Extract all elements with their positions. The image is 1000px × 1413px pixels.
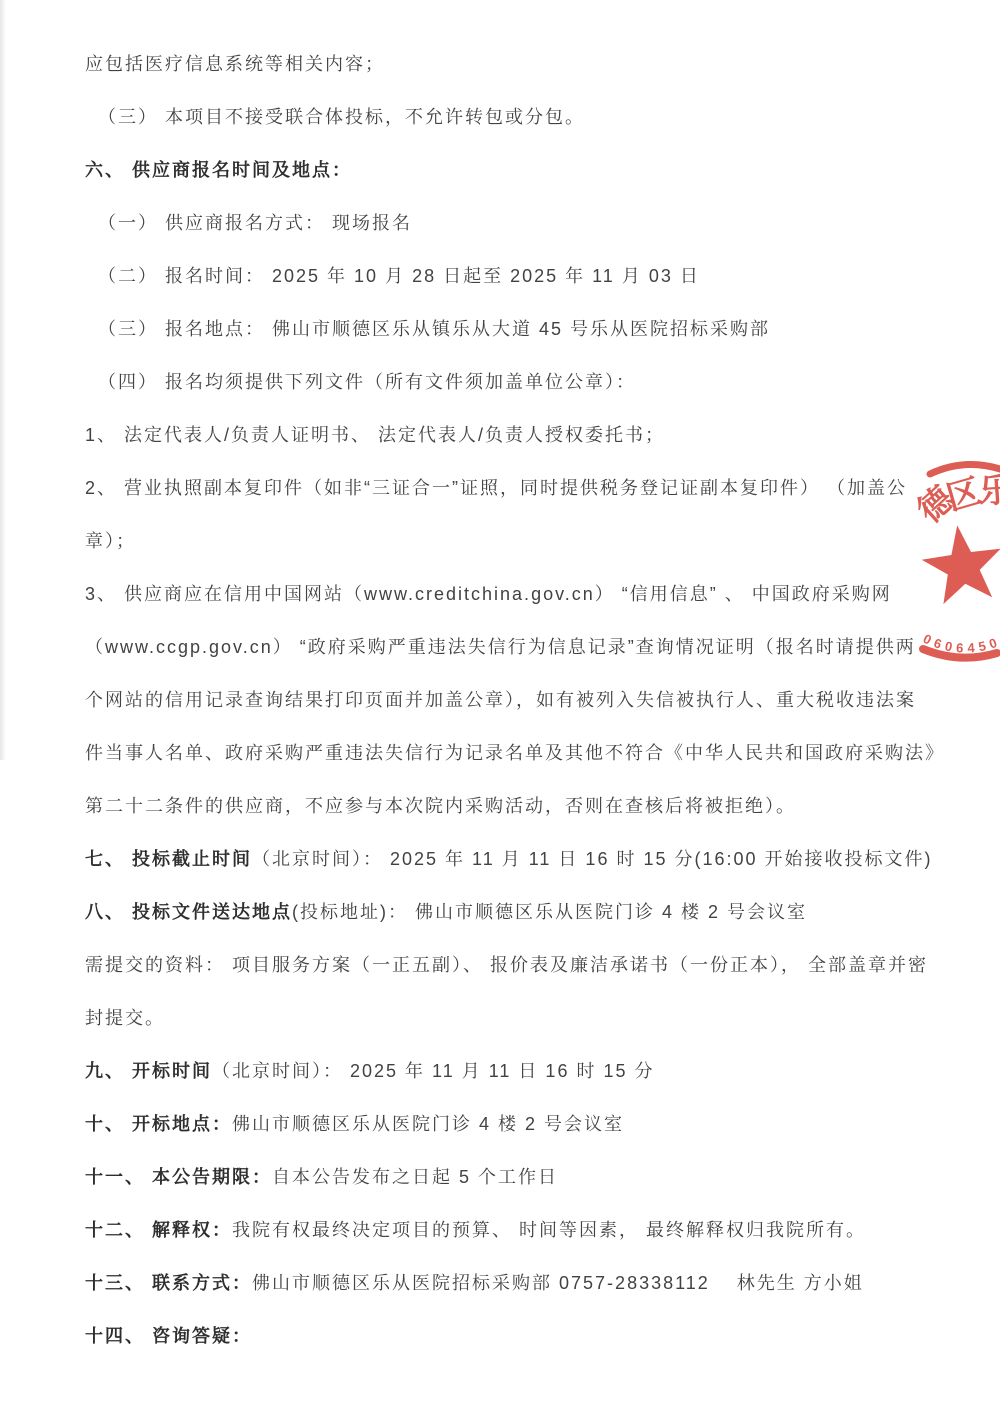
line-text: 应包括医疗信息系统等相关内容； xyxy=(85,50,385,76)
line-text: 3、 供应商应在信用中国网站（www.creditchina.gov.cn） “… xyxy=(85,580,892,606)
text-line: 件当事人名单、政府采购严重违法失信行为记录名单及其他不符合《中华人民共和国政府采… xyxy=(85,725,945,778)
line-bold-lead: 十一、 本公告期限： xyxy=(85,1163,272,1189)
line-text: 件当事人名单、政府采购严重违法失信行为记录名单及其他不符合《中华人民共和国政府采… xyxy=(85,739,945,765)
text-line: 封提交。 xyxy=(85,990,945,1043)
text-line: （三） 本项目不接受联合体投标，不允许转包或分包。 xyxy=(85,89,945,142)
text-line: 章）； xyxy=(85,513,945,566)
line-text: 佛山市顺德区乐从医院招标采购部 0757-28338112 林先生 方小姐 xyxy=(252,1269,864,1295)
text-line: 应包括医疗信息系统等相关内容； xyxy=(85,36,945,89)
line-text: （www.ccgp.gov.cn） “政府采购严重违法失信行为信息记录”查询情况… xyxy=(85,633,916,659)
line-text: （北京时间）： 2025 年 11 月 11 日 16 时 15 分 xyxy=(212,1057,654,1083)
seal-serial-digit: 5 xyxy=(977,638,987,654)
line-text: （北京时间）： 2025 年 11 月 11 日 16 时 15 分(16:00… xyxy=(252,845,933,871)
text-line: 九、 开标时间（北京时间）： 2025 年 11 月 11 日 16 时 15 … xyxy=(85,1043,945,1096)
line-text: (投标地址)： 佛山市顺德区乐从医院门诊 4 楼 2 号会议室 xyxy=(292,898,807,924)
text-line: 十、 开标地点：佛山市顺德区乐从医院门诊 4 楼 2 号会议室 xyxy=(85,1096,945,1149)
line-text: （一） 供应商报名方式： 现场报名 xyxy=(98,209,412,235)
line-bold-lead: 十二、 解释权： xyxy=(85,1216,232,1242)
line-text: 1、 法定代表人/负责人证明书、 法定代表人/负责人授权委托书； xyxy=(85,421,665,447)
seal-serial-digit: 6 xyxy=(956,640,964,655)
text-line: 3、 供应商应在信用中国网站（www.creditchina.gov.cn） “… xyxy=(85,566,945,619)
text-line: 个网站的信用记录查询结果打印页面并加盖公章），如有被列入失信被执行人、重大税收违… xyxy=(85,672,945,725)
announcement-text-block: 应包括医疗信息系统等相关内容； （三） 本项目不接受联合体投标，不允许转包或分包… xyxy=(85,36,945,1361)
text-line: 2、 营业执照副本复印件（如非“三证合一”证照，同时提供税务登记证副本复印件） … xyxy=(85,460,945,513)
scanner-edge-artifact xyxy=(0,0,6,760)
line-text: （三） 报名地点： 佛山市顺德区乐从镇乐从大道 45 号乐从医院招标采购部 xyxy=(98,315,770,341)
text-line: 1、 法定代表人/负责人证明书、 法定代表人/负责人授权委托书； xyxy=(85,407,945,460)
line-bold-lead: 八、 投标文件送达地点 xyxy=(85,898,292,924)
line-bold-lead: 十三、 联系方式： xyxy=(85,1269,252,1295)
line-text: 封提交。 xyxy=(85,1004,165,1030)
line-bold-lead: 七、 投标截止时间 xyxy=(85,845,252,871)
line-text: 2、 营业执照副本复印件（如非“三证合一”证照，同时提供税务登记证副本复印件） … xyxy=(85,474,907,500)
text-line: （二） 报名时间： 2025 年 10 月 28 日起至 2025 年 11 月… xyxy=(85,248,945,301)
text-line: 第二十二条件的供应商，不应参与本次院内采购活动，否则在查核后将被拒绝）。 xyxy=(85,778,945,831)
text-line: （www.ccgp.gov.cn） “政府采购严重违法失信行为信息记录”查询情况… xyxy=(85,619,945,672)
line-text: 自本公告发布之日起 5 个工作日 xyxy=(272,1163,558,1189)
seal-char: 乐 xyxy=(978,471,1000,511)
text-line: 十三、 联系方式：佛山市顺德区乐从医院招标采购部 0757-28338112 林… xyxy=(85,1255,945,1308)
line-text: （二） 报名时间： 2025 年 10 月 28 日起至 2025 年 11 月… xyxy=(98,262,700,288)
text-line: 十二、 解释权：我院有权最终决定项目的预算、 时间等因素， 最终解释权归我院所有… xyxy=(85,1202,945,1255)
text-line: （四） 报名均须提供下列文件（所有文件须加盖单位公章）： xyxy=(85,354,945,407)
text-line: 十一、 本公告期限：自本公告发布之日起 5 个工作日 xyxy=(85,1149,945,1202)
seal-serial-digit: 0 xyxy=(944,638,954,654)
text-line: 十四、 咨询答疑： xyxy=(85,1308,945,1361)
text-line: （一） 供应商报名方式： 现场报名 xyxy=(85,195,945,248)
text-line: 八、 投标文件送达地点(投标地址)： 佛山市顺德区乐从医院门诊 4 楼 2 号会… xyxy=(85,884,945,937)
line-text: （四） 报名均须提供下列文件（所有文件须加盖单位公章）： xyxy=(98,368,636,394)
line-text: 个网站的信用记录查询结果打印页面并加盖公章），如有被列入失信被执行人、重大税收违… xyxy=(85,686,916,712)
text-line: 需提交的资料： 项目服务方案（一正五副）、 报价表及廉洁承诺书（一份正本）， 全… xyxy=(85,937,945,990)
line-text: 需提交的资料： 项目服务方案（一正五副）、 报价表及廉洁承诺书（一份正本）， 全… xyxy=(85,951,928,977)
line-text: 第二十二条件的供应商，不应参与本次院内采购活动，否则在查核后将被拒绝）。 xyxy=(85,792,796,818)
text-line: （三） 报名地点： 佛山市顺德区乐从镇乐从大道 45 号乐从医院招标采购部 xyxy=(85,301,945,354)
line-bold-lead: 六、 供应商报名时间及地点： xyxy=(85,156,352,182)
seal-char: 区 xyxy=(942,472,985,518)
line-bold-lead: 九、 开标时间 xyxy=(85,1057,212,1083)
line-text: 章）； xyxy=(85,527,136,553)
text-line: 六、 供应商报名时间及地点： xyxy=(85,142,945,195)
line-text: （三） 本项目不接受联合体投标，不允许转包或分包。 xyxy=(98,103,585,129)
seal-serial-digit: 4 xyxy=(967,640,976,656)
seal-serial-digit: 0 xyxy=(987,635,999,652)
line-text: 佛山市顺德区乐从医院门诊 4 楼 2 号会议室 xyxy=(232,1110,624,1136)
line-bold-lead: 十四、 咨询答疑： xyxy=(85,1322,252,1348)
line-bold-lead: 十、 开标地点： xyxy=(85,1110,232,1136)
line-text: 我院有权最终决定项目的预算、 时间等因素， 最终解释权归我院所有。 xyxy=(232,1216,866,1242)
text-line: 七、 投标截止时间（北京时间）： 2025 年 11 月 11 日 16 时 1… xyxy=(85,831,945,884)
